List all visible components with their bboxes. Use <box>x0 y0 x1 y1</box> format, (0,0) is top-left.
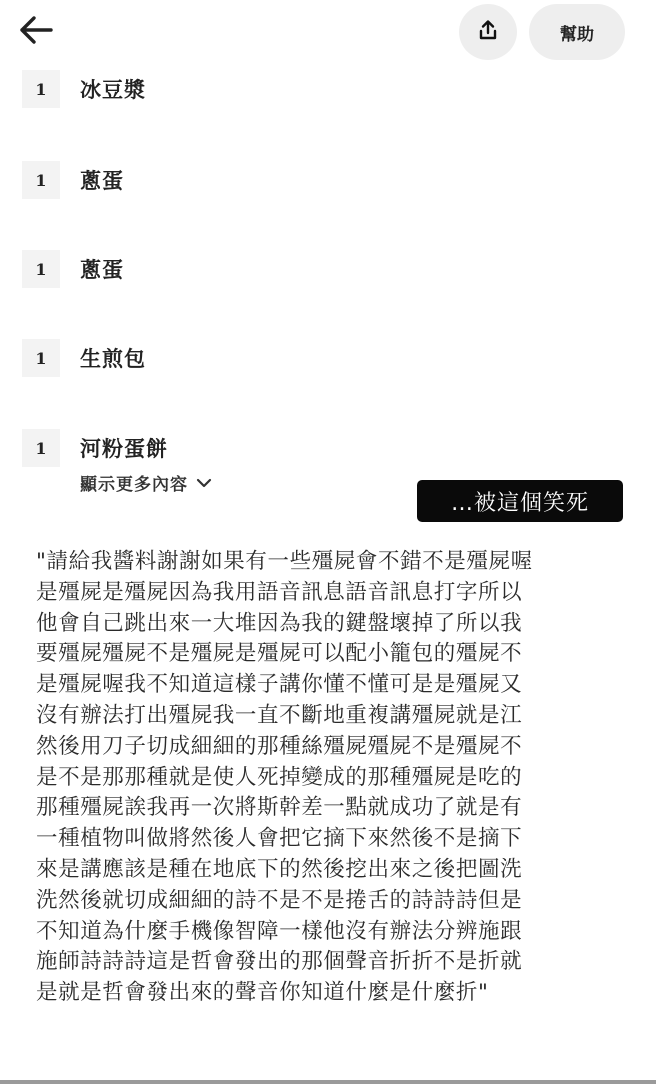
item-quantity: 1 <box>22 70 60 108</box>
order-item: 1 冰豆漿 <box>22 70 146 108</box>
show-more-label: 顯示更多內容 <box>80 470 188 495</box>
note-line: 是不是那那種就是使人死掉變成的那種殭屍是吃的 <box>36 763 626 794</box>
item-name: 蔥蛋 <box>80 165 124 195</box>
note-line: 然後用刀子切成細細的那種絲殭屍殭屍不是殭屍不 <box>36 732 626 763</box>
note-line: 一種植物叫做將然後人會把它摘下來然後不是摘下 <box>36 824 626 855</box>
note-line: 是就是哲會發出來的聲音你知道什麼是什麼折" <box>36 978 626 1009</box>
note-line: 不知道為什麼手機像智障一樣他沒有辦法分辨施跟 <box>36 917 626 948</box>
order-item: 1 蔥蛋 <box>22 161 124 199</box>
note-line: "請給我醬料謝謝如果有一些殭屍會不錯不是殭屍喔 <box>36 547 626 578</box>
caption-overlay: …被這個笑死 <box>417 480 623 522</box>
note-line: 洗然後就切成細細的詩不是不是捲舌的詩詩詩但是 <box>36 886 626 917</box>
order-item: 1 蔥蛋 <box>22 250 124 288</box>
item-quantity: 1 <box>22 161 60 199</box>
share-button[interactable] <box>459 4 517 60</box>
note-line: 施師詩詩詩這是哲會發出的那個聲音折折不是折就 <box>36 947 626 978</box>
back-button[interactable] <box>16 12 56 52</box>
note-line: 是殭屍是殭屍因為我用語音訊息語音訊息打字所以 <box>36 578 626 609</box>
item-quantity: 1 <box>22 339 60 377</box>
arrow-left-icon <box>19 15 53 49</box>
note-line: 沒有辦法打出殭屍我一直不斷地重複講殭屍就是江 <box>36 701 626 732</box>
item-quantity: 1 <box>22 429 60 467</box>
order-note: "請給我醬料謝謝如果有一些殭屍會不錯不是殭屍喔 是殭屍是殭屍因為我用語音訊息語音… <box>36 547 626 1009</box>
bottom-divider <box>0 1080 656 1084</box>
note-line: 要殭屍殭屍不是殭屍是殭屍可以配小籠包的殭屍不 <box>36 639 626 670</box>
item-name: 河粉蛋餅 <box>80 433 168 463</box>
item-name: 生煎包 <box>80 343 146 373</box>
note-line: 那種殭屍誒我再一次將斯幹差一點就成功了就是有 <box>36 793 626 824</box>
order-item: 1 生煎包 <box>22 339 146 377</box>
chevron-down-icon <box>196 478 212 488</box>
share-upload-icon <box>478 19 498 45</box>
show-more-button[interactable]: 顯示更多內容 <box>80 470 212 495</box>
order-item: 1 河粉蛋餅 <box>22 429 168 467</box>
note-line: 是殭屍喔我不知道這樣子講你懂不懂可是是殭屍又 <box>36 670 626 701</box>
item-quantity: 1 <box>22 250 60 288</box>
note-line: 他會自己跳出來一大堆因為我的鍵盤壞掉了所以我 <box>36 609 626 640</box>
item-name: 蔥蛋 <box>80 254 124 284</box>
note-line: 來是講應該是種在地底下的然後挖出來之後把圖洗 <box>36 855 626 886</box>
item-name: 冰豆漿 <box>80 74 146 104</box>
help-button[interactable]: 幫助 <box>529 4 625 60</box>
